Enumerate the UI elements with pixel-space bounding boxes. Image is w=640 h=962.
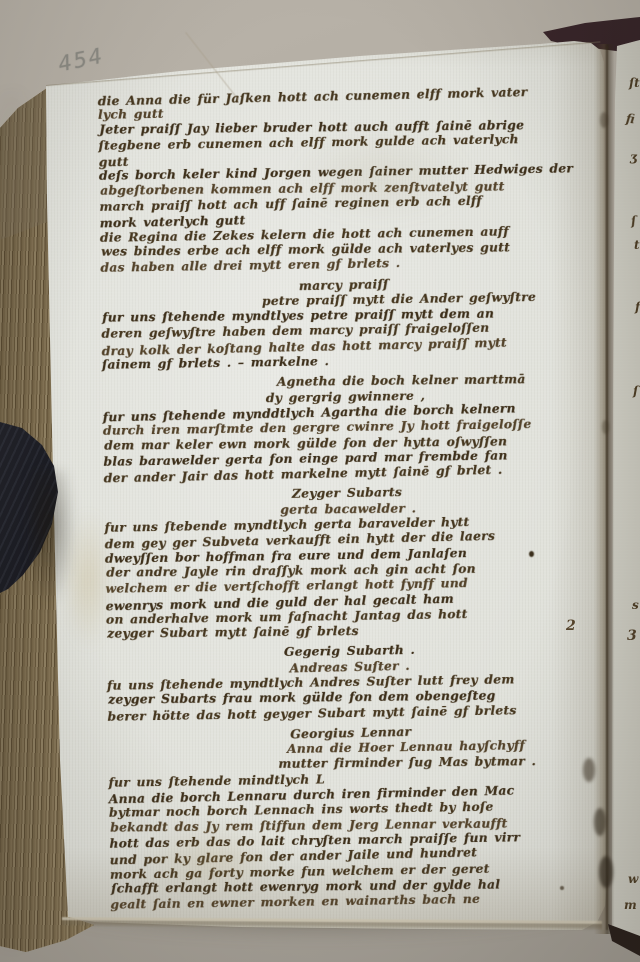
facing-page-text-fragment: m — [624, 898, 637, 912]
facing-page-text-fragment: ſt — [629, 76, 640, 90]
facing-page-text-fragment: ʒ — [630, 150, 637, 164]
facing-page-text-fragment: ſ — [631, 214, 637, 228]
pencil-page-number: 454 — [56, 43, 106, 76]
manuscript-text: die Anna die für Jaſken hott ach cunemen… — [98, 84, 597, 912]
clasp-shadow — [30, 470, 76, 610]
facing-page-text-fragment: s — [632, 598, 639, 612]
facing-page-text-fragment: fi — [625, 112, 635, 127]
margin-number: 2 — [566, 618, 576, 634]
facing-page-text-fragment: t — [634, 238, 640, 252]
facing-page-text-fragment: w — [628, 872, 638, 886]
gutter-line — [606, 46, 608, 930]
facing-page-number: 3 — [627, 628, 637, 644]
facing-page-text-fragment: ſ — [633, 384, 638, 398]
facing-page-text-fragment: f — [635, 300, 640, 314]
photo-frame: ſtfiʒſtfſswm 3 454 die Anna die für Jaſk… — [0, 0, 640, 962]
